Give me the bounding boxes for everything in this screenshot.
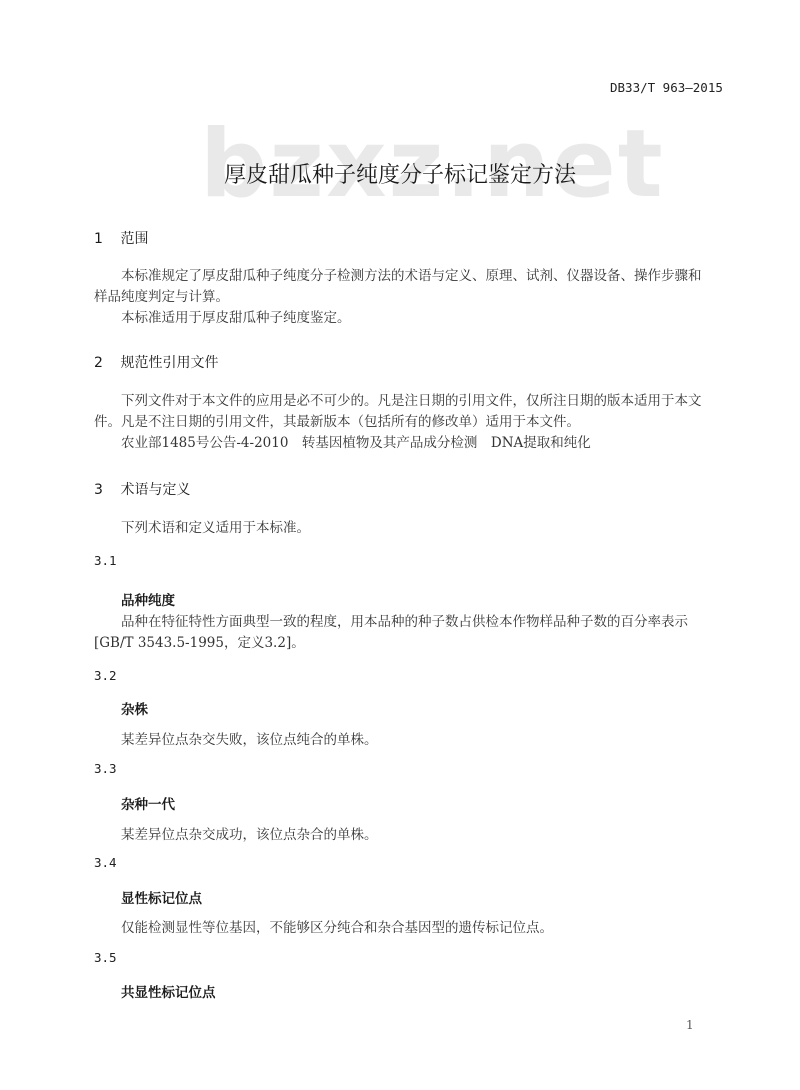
section-3-body: 下列术语和定义适用于本标准。 <box>94 518 734 539</box>
term-title: 杂株 <box>121 698 148 718</box>
clause-number: 3.3 <box>94 761 117 776</box>
document-code: DB33/T 963—2015 <box>610 80 723 95</box>
section-number: 2 <box>94 355 116 371</box>
term-title: 显性标记位点 <box>121 887 202 907</box>
clause-number: 3.1 <box>94 553 117 568</box>
definition-line: 某差异位点杂交失败，该位点纯合的单株。 <box>94 730 734 751</box>
section-number: 3 <box>94 482 116 498</box>
document-title: 厚皮甜瓜种子纯度分子标记鉴定方法 <box>0 158 800 189</box>
reference-entry: 农业部1485号公告-4-2010 转基因植物及其产品成分检测 DNA提取和纯化 <box>94 433 734 454</box>
term-definition: 仅能检测显性等位基因，不能够区分纯合和杂合基因型的遗传标记位点。 <box>94 918 734 939</box>
section-heading-1: 1 范围 <box>94 228 148 248</box>
term-title: 共显性标记位点 <box>121 981 216 1001</box>
clause-number: 3.4 <box>94 855 117 870</box>
page-number: 1 <box>686 1018 694 1032</box>
definition-line: 仅能检测显性等位基因，不能够区分纯合和杂合基因型的遗传标记位点。 <box>94 918 734 939</box>
term-definition: 品种在特征特性方面典型一致的程度，用本品种的种子数占供检本作物样品种子数的百分率… <box>94 612 734 654</box>
clause-number: 3.2 <box>94 668 117 683</box>
clause-number: 3.5 <box>94 950 117 965</box>
term-definition: 某差异位点杂交失败，该位点纯合的单株。 <box>94 730 734 751</box>
paragraph: 件。凡是不注日期的引用文件，其最新版本（包括所有的修改单）适用于本文件。 <box>94 412 734 433</box>
section-title: 术语与定义 <box>120 482 190 498</box>
section-heading-3: 3 术语与定义 <box>94 479 190 499</box>
paragraph: 下列术语和定义适用于本标准。 <box>94 518 734 539</box>
term-title: 杂种一代 <box>121 793 175 813</box>
paragraph: 下列文件对于本文件的应用是必不可少的。凡是注日期的引用文件，仅所注日期的版本适用… <box>94 391 734 412</box>
definition-line: 品种在特征特性方面典型一致的程度，用本品种的种子数占供检本作物样品种子数的百分率… <box>94 612 734 633</box>
definition-line: 某差异位点杂交成功，该位点杂合的单株。 <box>94 825 734 846</box>
paragraph: 样品纯度判定与计算。 <box>94 287 734 308</box>
paragraph: 本标准适用于厚皮甜瓜种子纯度鉴定。 <box>94 308 734 329</box>
paragraph: 本标准规定了厚皮甜瓜种子纯度分子检测方法的术语与定义、原理、试剂、仪器设备、操作… <box>94 266 734 287</box>
section-title: 规范性引用文件 <box>120 355 218 371</box>
term-definition: 某差异位点杂交成功，该位点杂合的单株。 <box>94 825 734 846</box>
section-1-body: 本标准规定了厚皮甜瓜种子纯度分子检测方法的术语与定义、原理、试剂、仪器设备、操作… <box>94 266 734 329</box>
term-title: 品种纯度 <box>121 589 175 609</box>
section-title: 范围 <box>120 231 148 247</box>
section-2-body: 下列文件对于本文件的应用是必不可少的。凡是注日期的引用文件，仅所注日期的版本适用… <box>94 391 734 454</box>
definition-line: [GB/T 3543.5-1995，定义3.2]。 <box>94 633 734 654</box>
section-number: 1 <box>94 231 116 247</box>
section-heading-2: 2 规范性引用文件 <box>94 352 218 372</box>
